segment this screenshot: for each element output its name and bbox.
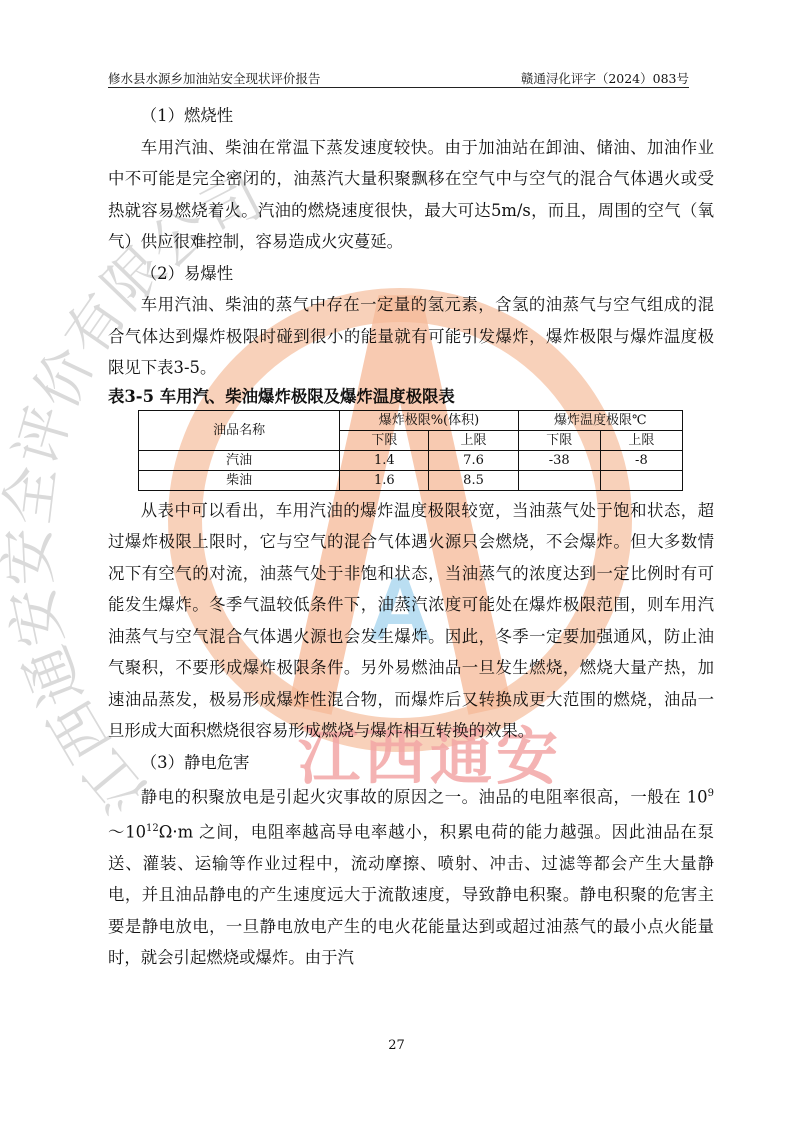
col-exp-lower: 下限: [340, 430, 429, 450]
cell-name: 汽油: [139, 450, 340, 470]
cell-temp-upper: -8: [600, 450, 682, 470]
document-body: （1）燃烧性 车用汽油、柴油在常温下蒸发速度较快。由于加油站在卸油、储油、加油作…: [108, 100, 714, 974]
paragraph-static-electricity: 静电的积聚放电是引起火灾事故的原因之一。油品的电阻率很高，一般在 109～101…: [108, 778, 714, 974]
paragraph: 从表中可以看出，车用汽油的爆炸温度极限较宽，当油蒸气处于饱和状态，超过爆炸极限上…: [108, 495, 714, 747]
section-heading: （1）燃烧性: [108, 100, 714, 132]
page-header: 修水县水源乡加油站安全现状评价报告 赣通浔化评字（2024）083号: [108, 69, 689, 88]
table-caption: 表3-5 车用汽、柴油爆炸极限及爆炸温度极限表: [108, 384, 714, 410]
page-number: 27: [0, 1038, 793, 1053]
exponent: 9: [708, 788, 714, 799]
cell-exp-upper: 8.5: [429, 470, 518, 490]
cell-exp-upper: 7.6: [429, 450, 518, 470]
explosion-limit-table: 油品名称 爆炸极限%(体积) 爆炸温度极限℃ 下限 上限 下限 上限 汽油 1.…: [138, 410, 683, 491]
col-group-temp-limit: 爆炸温度极限℃: [518, 410, 682, 430]
table-row: 汽油 1.4 7.6 -38 -8: [139, 450, 683, 470]
cell-temp-lower: [518, 470, 600, 490]
text-run: Ω·m 之间，电阻率越高导电率越小，积累电荷的能力越强。因此油品在泵送、灌装、运…: [108, 822, 714, 967]
paragraph: 车用汽油、柴油在常温下蒸发速度较快。由于加油站在卸油、储油、加油作业中不可能是完…: [108, 132, 714, 258]
text-run: 静电的积聚放电是引起火灾事故的原因之一。油品的电阻率很高，一般在 10: [141, 787, 708, 806]
col-temp-lower: 下限: [518, 430, 600, 450]
report-number: 赣通浔化评字（2024）083号: [521, 69, 689, 87]
report-title: 修水县水源乡加油站安全现状评价报告: [108, 69, 321, 87]
exponent: 12: [146, 823, 159, 834]
paragraph: 车用汽油、柴油的蒸气中存在一定量的氢元素，含氢的油蒸气与空气组成的混合气体达到爆…: [108, 289, 714, 384]
col-temp-upper: 上限: [600, 430, 682, 450]
col-oil-name: 油品名称: [139, 410, 340, 450]
cell-name: 柴油: [139, 470, 340, 490]
cell-temp-upper: [600, 470, 682, 490]
table-row: 柴油 1.6 8.5: [139, 470, 683, 490]
cell-exp-lower: 1.4: [340, 450, 429, 470]
cell-temp-lower: -38: [518, 450, 600, 470]
col-group-explosion-limit: 爆炸极限%(体积): [340, 410, 518, 430]
col-exp-upper: 上限: [429, 430, 518, 450]
section-heading: （3）静电危害: [108, 747, 714, 779]
text-run: ～10: [108, 822, 146, 841]
section-heading: （2）易爆性: [108, 258, 714, 290]
table-header-row: 油品名称 爆炸极限%(体积) 爆炸温度极限℃: [139, 410, 683, 430]
cell-exp-lower: 1.6: [340, 470, 429, 490]
